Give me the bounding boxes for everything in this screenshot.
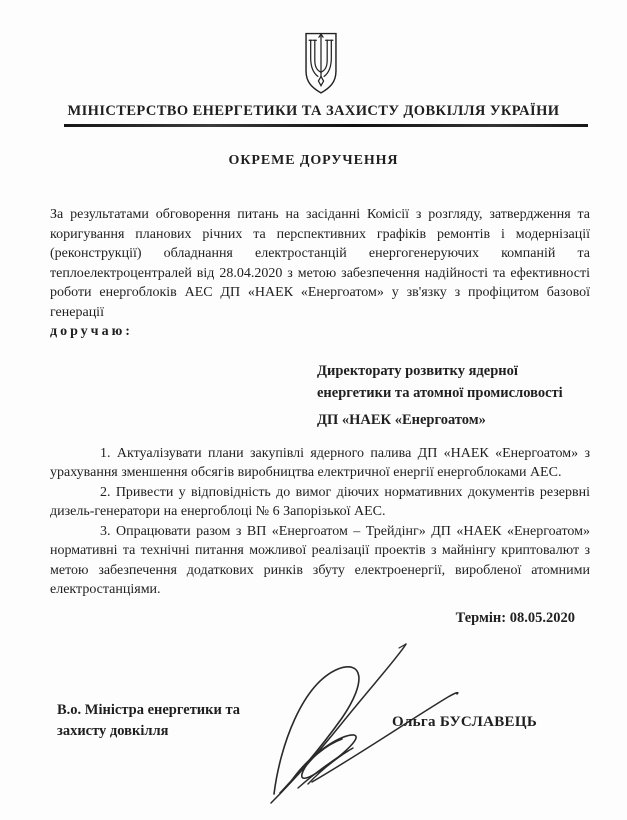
intro-text: За результатами обговорення питань на за… bbox=[50, 207, 590, 320]
directive-item: 1. Актуалізувати плани закупівлі ядерног… bbox=[50, 444, 590, 483]
directive-item: 2. Привести у відповідність до вимог дію… bbox=[50, 483, 590, 522]
document-title: ОКРЕМЕ ДОРУЧЕННЯ bbox=[0, 153, 627, 169]
ukraine-trident-emblem-icon bbox=[302, 31, 340, 96]
directive-word: доручаю: bbox=[50, 322, 590, 342]
signer-position-line: В.о. Міністра енергетики та bbox=[57, 700, 267, 721]
directive-item: 3. Опрацювати разом з ВП «Енергоатом – Т… bbox=[50, 522, 590, 600]
ministry-name: МІНІСТЕРСТВО ЕНЕРГЕТИКИ ТА ЗАХИСТУ ДОВКІ… bbox=[0, 103, 627, 120]
directive-items: 1. Актуалізувати плани закупівлі ядерног… bbox=[50, 444, 590, 600]
intro-paragraph: За результатами обговорення питань на за… bbox=[50, 205, 590, 342]
addressee-line: Директорату розвитку ядерної bbox=[317, 360, 590, 382]
addressee-line: ДП «НАЕК «Енергоатом» bbox=[317, 409, 590, 431]
document-page: МІНІСТЕРСТВО ЕНЕРГЕТИКИ ТА ЗАХИСТУ ДОВКІ… bbox=[0, 0, 627, 820]
addressee-block: Директорату розвитку ядерної енергетики … bbox=[317, 360, 590, 431]
signer-position-line: захисту довкілля bbox=[57, 721, 267, 742]
deadline: Термін: 08.05.2020 bbox=[50, 609, 590, 629]
addressee-line: енергетики та атомної промисловості bbox=[317, 382, 590, 404]
signer-name: Ольга БУСЛАВЕЦЬ bbox=[392, 714, 537, 731]
document-body: За результатами обговорення питань на за… bbox=[50, 205, 590, 628]
signer-position: В.о. Міністра енергетики та захисту довк… bbox=[57, 700, 267, 742]
header-rule bbox=[64, 124, 588, 127]
